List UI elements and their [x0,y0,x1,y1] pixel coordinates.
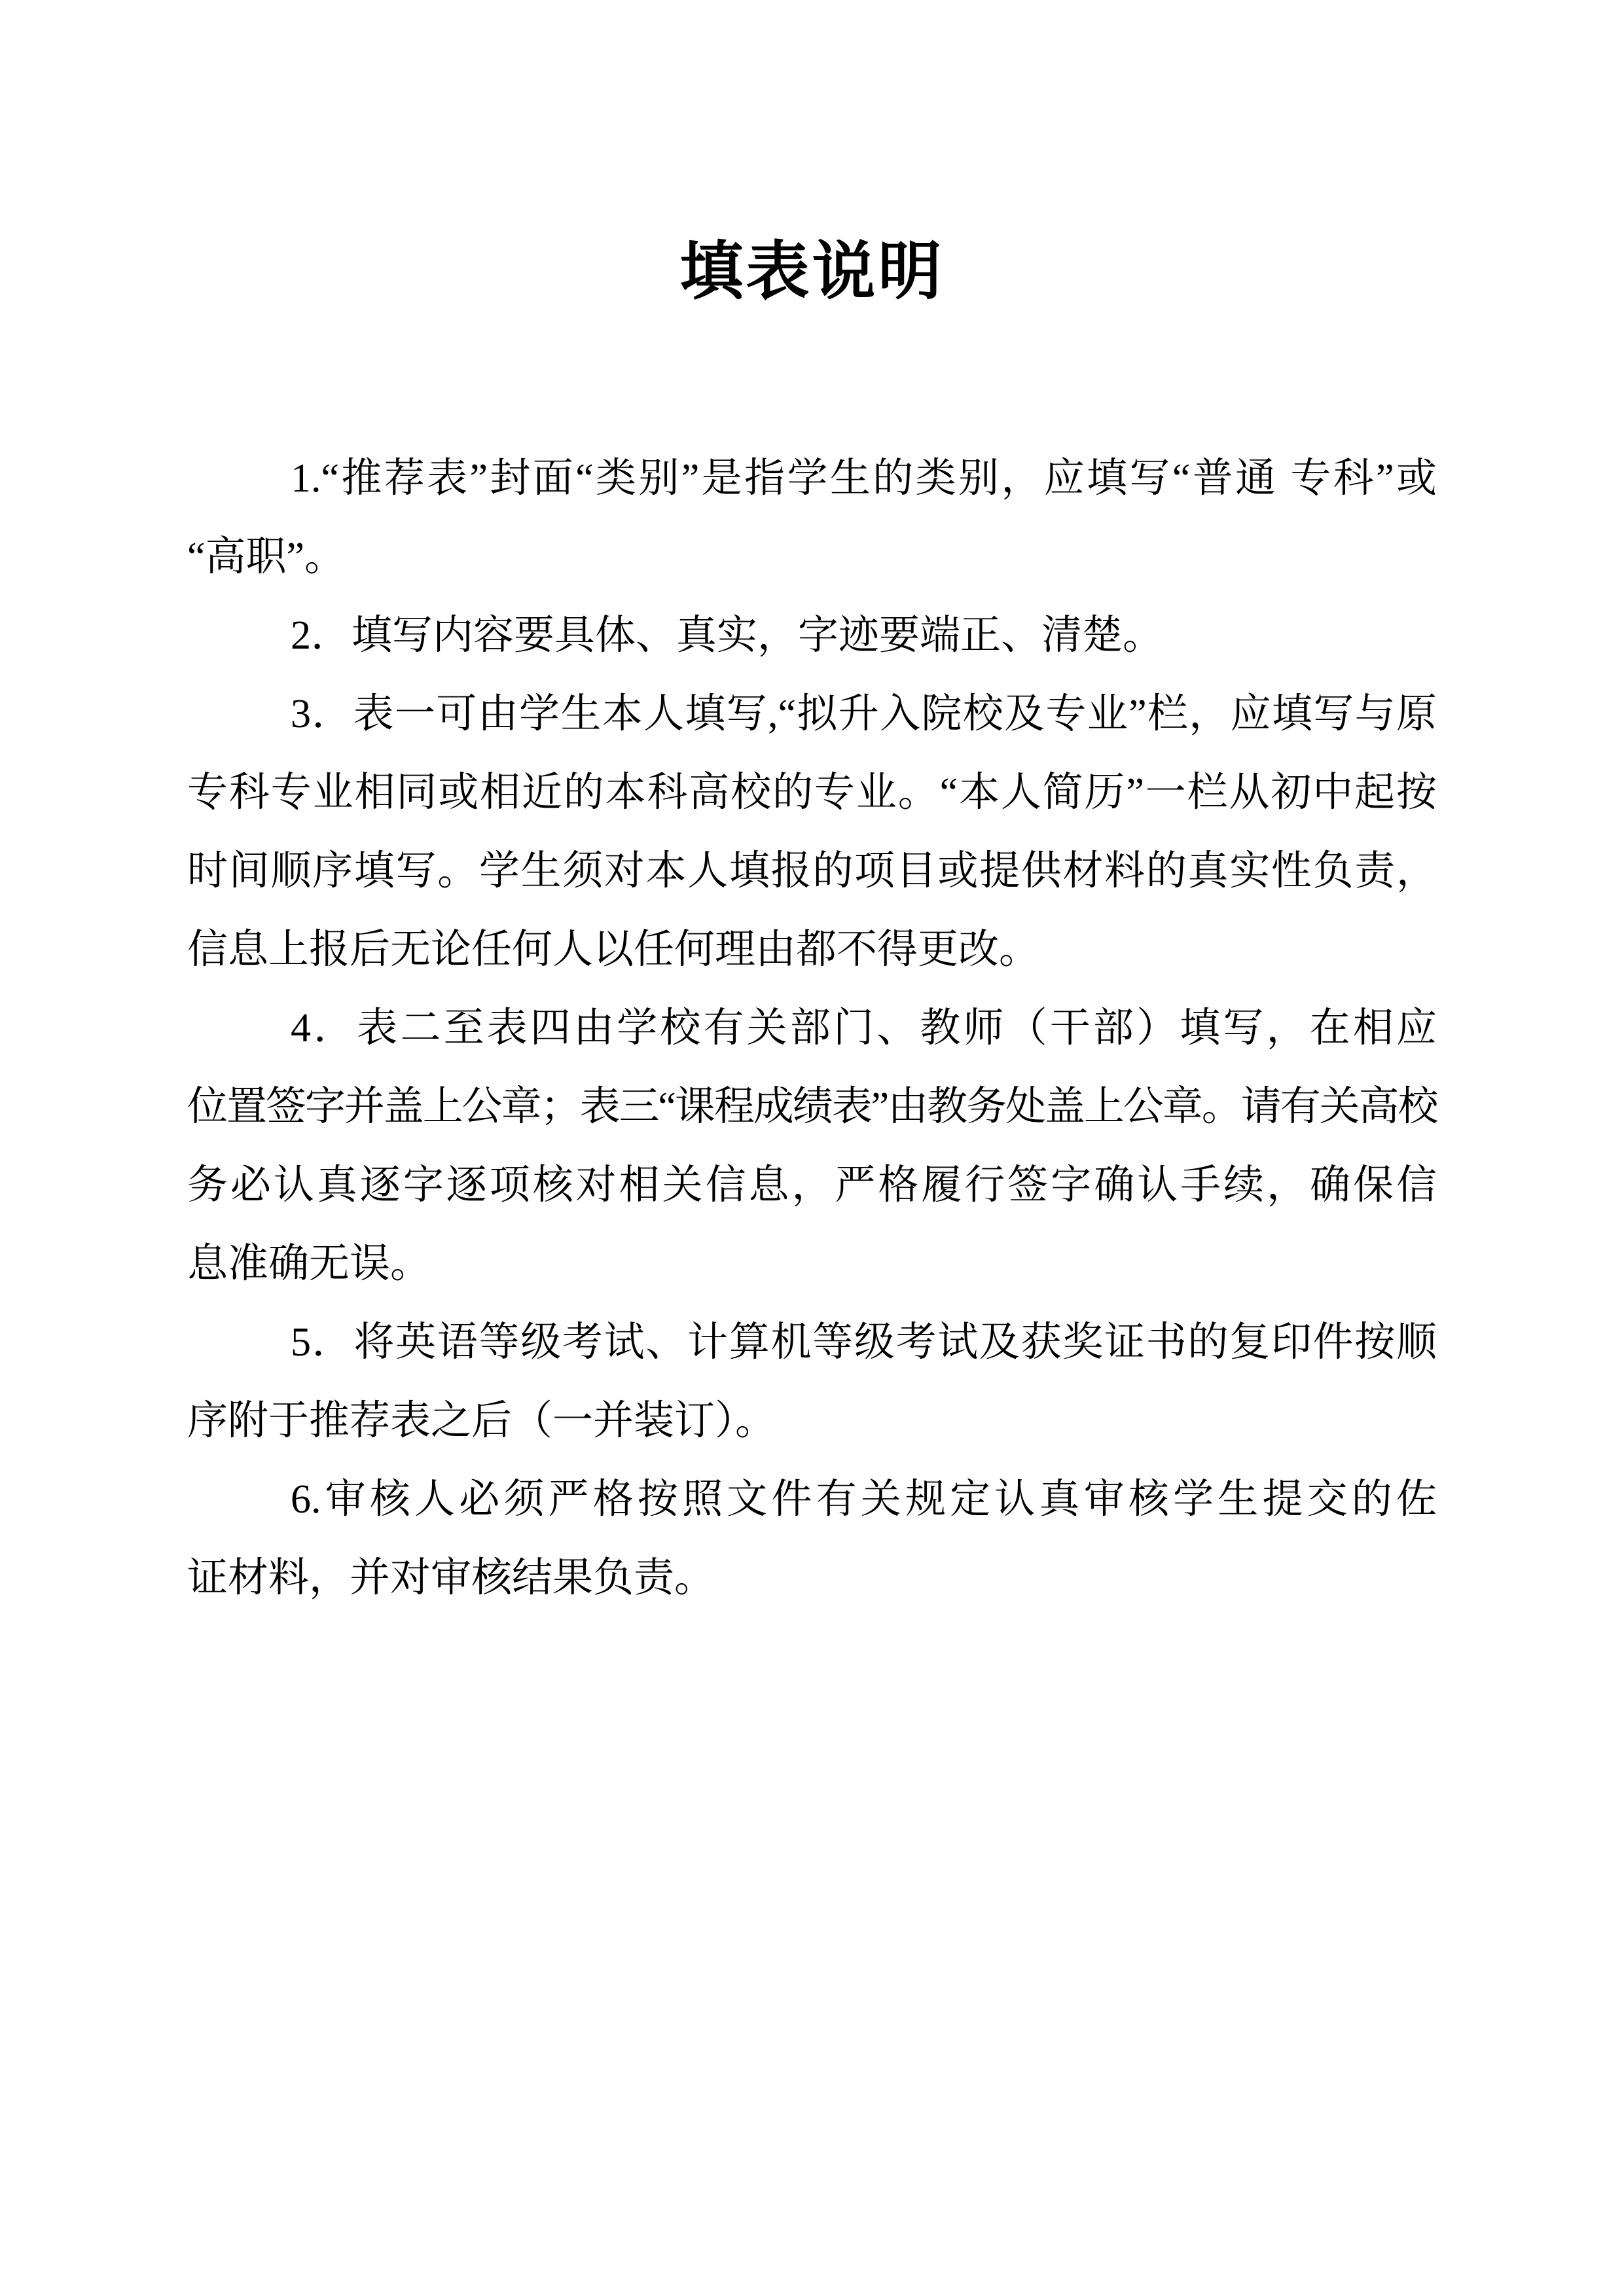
instruction-line-10: 务必认真逐字逐项核对相关信息，严格履行签字确认手续，确保信 [187,1146,1437,1225]
page: 填表说明 1.“推荐表”封面“类别”是指学生的类别，应填写“普通 专科”或 “高… [0,0,1624,2296]
instruction-line-11: 息准确无误。 [187,1225,1437,1303]
instruction-line-4: 3．表一可由学生本人填写,“拟升入院校及专业”栏，应填写与原 [187,675,1437,753]
instruction-line-9: 位置签字并盖上公章；表三“课程成绩表”由教务处盖上公章。请有关高校 [187,1067,1437,1146]
instruction-line-2: “高职”。 [187,518,1437,596]
document-title: 填表说明 [0,232,1624,312]
instruction-line-14: 6.审核人必须严格按照文件有关规定认真审核学生提交的佐 [187,1460,1437,1539]
instruction-line-3: 2．填写内容要具体、真实，字迹要端正、清楚。 [187,596,1437,675]
instruction-line-13: 序附于推荐表之后（一并装订）。 [187,1382,1437,1460]
instruction-line-5: 专科专业相同或相近的本科高校的专业。“本人简历”一栏从初中起按 [187,753,1437,832]
instruction-line-8: 4．表二至表四由学校有关部门、教师（干部）填写，在相应 [187,989,1437,1067]
instruction-line-1: 1.“推荐表”封面“类别”是指学生的类别，应填写“普通 专科”或 [187,439,1437,518]
instruction-line-6: 时间顺序填写。学生须对本人填报的项目或提供材料的真实性负责， [187,832,1437,910]
instruction-line-15: 证材料，并对审核结果负责。 [187,1539,1437,1617]
instruction-line-7: 信息上报后无论任何人以任何理由都不得更改。 [187,910,1437,989]
instruction-line-12: 5．将英语等级考试、计算机等级考试及获奖证书的复印件按顺 [187,1303,1437,1382]
instructions-body: 1.“推荐表”封面“类别”是指学生的类别，应填写“普通 专科”或 “高职”。 2… [187,439,1437,1617]
